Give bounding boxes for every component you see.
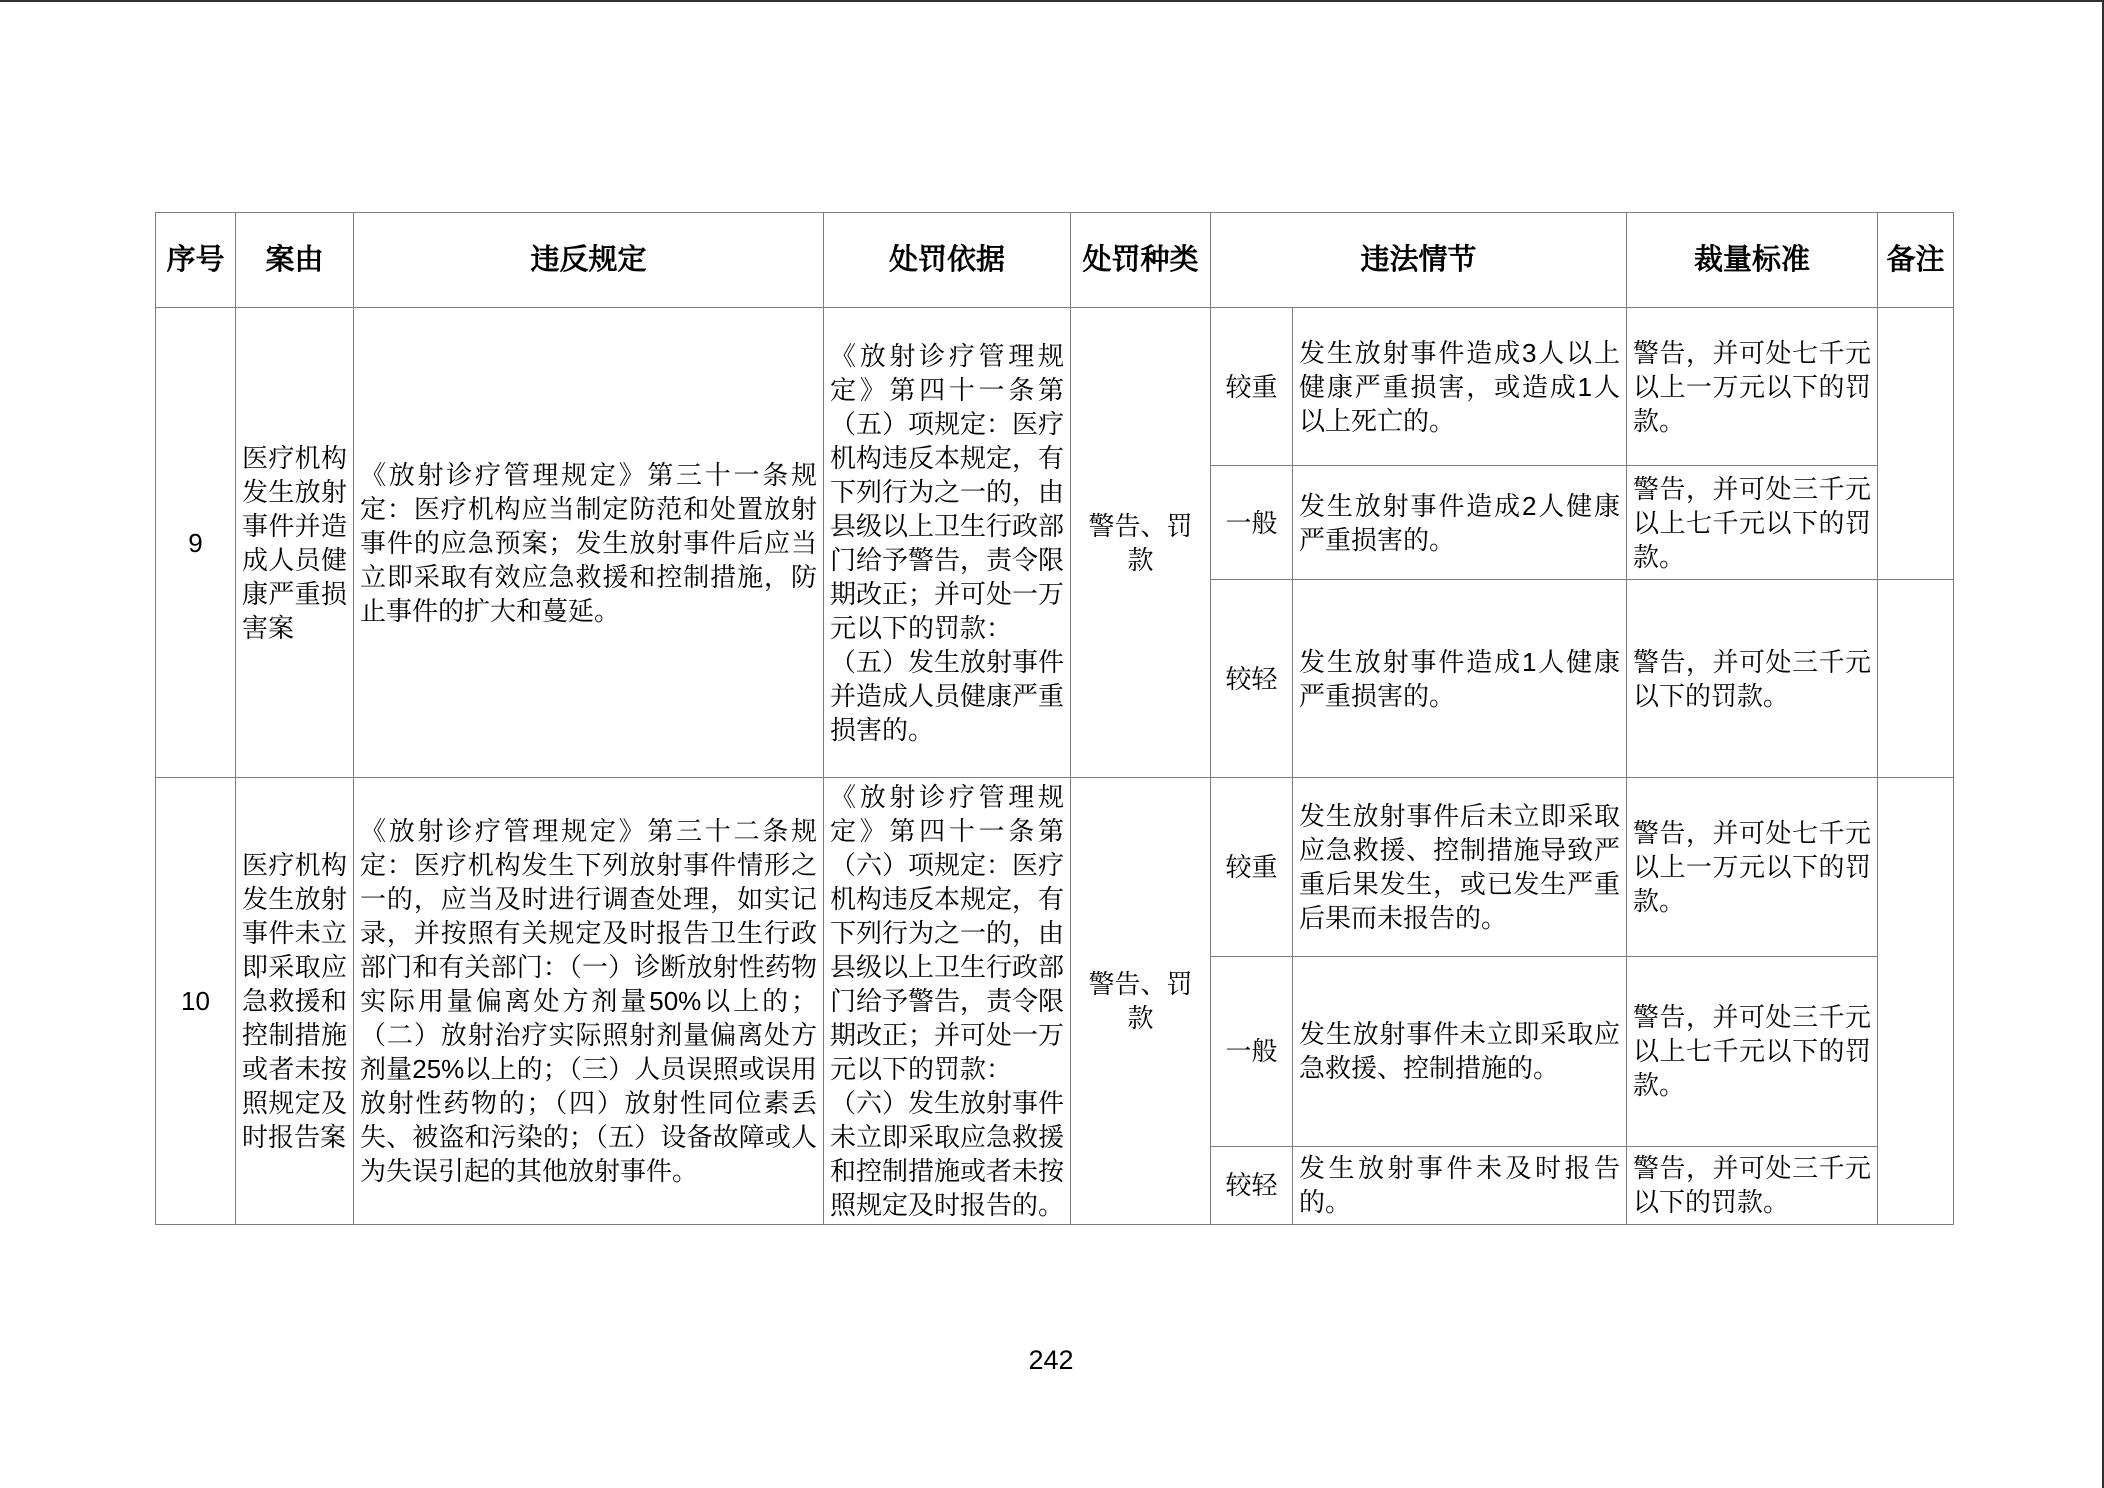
basis-cell: 《放射诊疗管理规定》第四十一条第（五）项规定：医疗机构违反本规定，有下列行为之一…: [824, 308, 1071, 778]
header-penalty-type: 处罚种类: [1071, 213, 1211, 308]
header-remark: 备注: [1878, 213, 1954, 308]
seq-cell: 10: [156, 778, 236, 1225]
violation-cell: 《放射诊疗管理规定》第三十一条规定：医疗机构应当制定防范和处置放射事件的应急预案…: [354, 308, 824, 778]
circumstance-cell: 发生放射事件未立即采取应急救援、控制措施的。: [1293, 956, 1627, 1146]
header-circumstance: 违法情节: [1211, 213, 1627, 308]
header-violation: 违反规定: [354, 213, 824, 308]
severity-cell: 一般: [1211, 466, 1293, 580]
header-standard: 裁量标准: [1627, 213, 1878, 308]
remark-cell: [1878, 308, 1954, 580]
seq-cell: 9: [156, 308, 236, 778]
severity-cell: 一般: [1211, 956, 1293, 1146]
table-header-row: 序号 案由 违反规定 处罚依据 处罚种类 违法情节 裁量标准 备注: [156, 213, 1954, 308]
violation-cell: 《放射诊疗管理规定》第三十二条规定：医疗机构发生下列放射事件情形之一的，应当及时…: [354, 778, 824, 1225]
standard-cell: 警告，并可处七千元以上一万元以下的罚款。: [1627, 778, 1878, 957]
page-number: 242: [0, 1345, 2102, 1376]
document-page: 序号 案由 违反规定 处罚依据 处罚种类 违法情节 裁量标准 备注 9 医疗机构…: [0, 0, 2104, 1488]
standard-cell: 警告，并可处三千元以上七千元以下的罚款。: [1627, 466, 1878, 580]
circumstance-cell: 发生放射事件造成2人健康严重损害的。: [1293, 466, 1627, 580]
remark-cell: [1878, 580, 1954, 778]
case-cell: 医疗机构发生放射事件并造成人员健康严重损害案: [236, 308, 354, 778]
table-row: 9 医疗机构发生放射事件并造成人员健康严重损害案 《放射诊疗管理规定》第三十一条…: [156, 308, 1954, 466]
header-seq: 序号: [156, 213, 236, 308]
circumstance-cell: 发生放射事件造成1人健康严重损害的。: [1293, 580, 1627, 778]
penalty-type-cell: 警告、罚款: [1071, 778, 1211, 1225]
severity-cell: 较轻: [1211, 1146, 1293, 1224]
circumstance-cell: 发生放射事件造成3人以上健康严重损害，或造成1人以上死亡的。: [1293, 308, 1627, 466]
circumstance-cell: 发生放射事件后未立即采取应急救援、控制措施导致严重后果发生，或已发生严重后果而未…: [1293, 778, 1627, 957]
penalty-table: 序号 案由 违反规定 处罚依据 处罚种类 违法情节 裁量标准 备注 9 医疗机构…: [155, 212, 1954, 1225]
penalty-type-cell: 警告、罚款: [1071, 308, 1211, 778]
standard-cell: 警告，并可处三千元以下的罚款。: [1627, 1146, 1878, 1224]
header-case: 案由: [236, 213, 354, 308]
header-basis: 处罚依据: [824, 213, 1071, 308]
case-cell: 医疗机构发生放射事件未立即采取应急救援和控制措施或者未按照规定及时报告案: [236, 778, 354, 1225]
basis-cell: 《放射诊疗管理规定》第四十一条第（六）项规定：医疗机构违反本规定，有下列行为之一…: [824, 778, 1071, 1225]
standard-cell: 警告，并可处三千元以上七千元以下的罚款。: [1627, 956, 1878, 1146]
remark-cell: [1878, 778, 1954, 1225]
severity-cell: 较轻: [1211, 580, 1293, 778]
table-row: 10 医疗机构发生放射事件未立即采取应急救援和控制措施或者未按照规定及时报告案 …: [156, 778, 1954, 957]
circumstance-cell: 发生放射事件未及时报告的。: [1293, 1146, 1627, 1224]
standard-cell: 警告，并可处七千元以上一万元以下的罚款。: [1627, 308, 1878, 466]
severity-cell: 较重: [1211, 778, 1293, 957]
standard-cell: 警告，并可处三千元以下的罚款。: [1627, 580, 1878, 778]
severity-cell: 较重: [1211, 308, 1293, 466]
